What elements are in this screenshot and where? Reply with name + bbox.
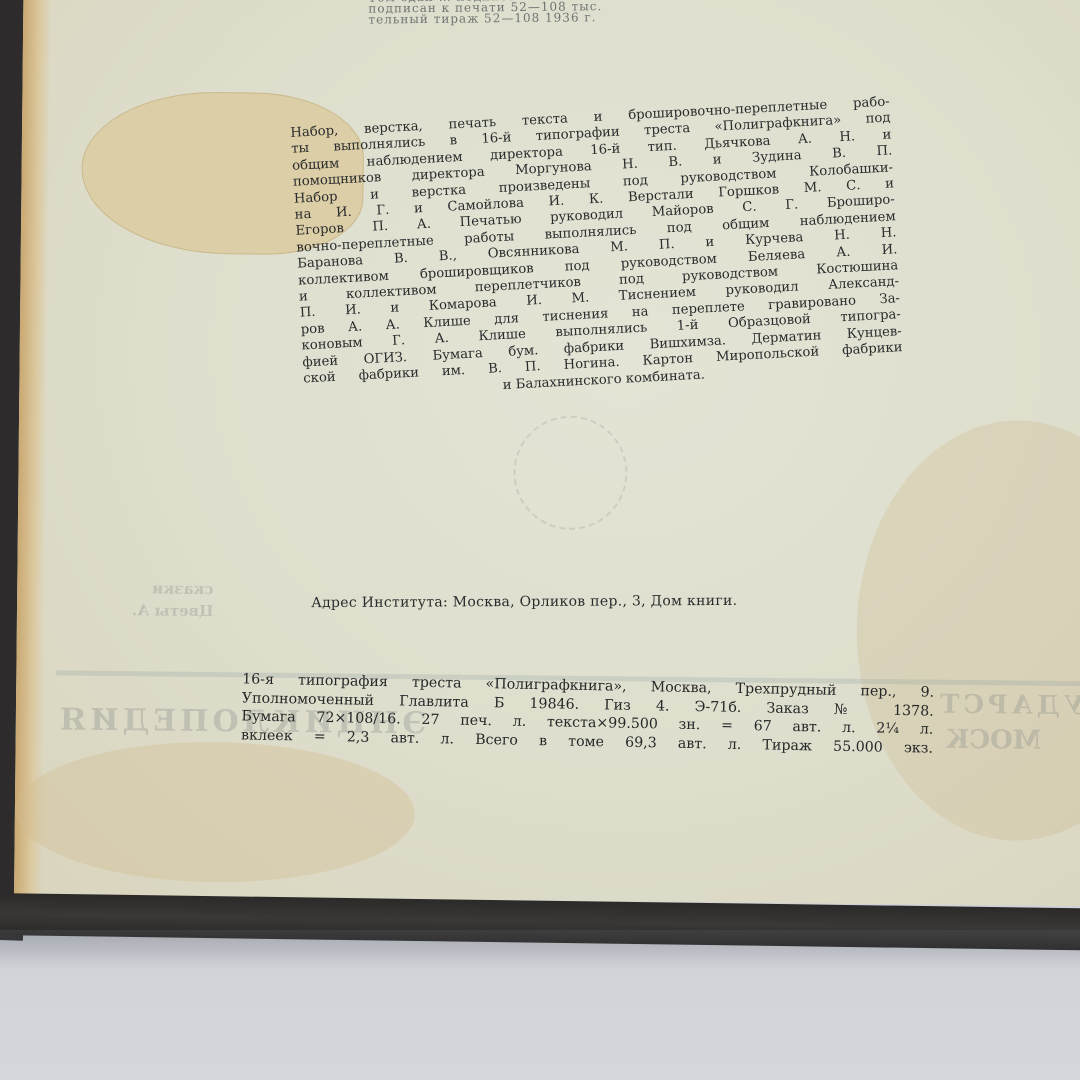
cover-shadow bbox=[0, 930, 1080, 970]
bleedthrough-text: УДАРСТ bbox=[936, 690, 1080, 722]
institute-address: Адрес Института: Москва, Орликов пер., 3… bbox=[311, 593, 737, 611]
emblem-bleedthrough bbox=[513, 415, 628, 530]
production-credits: Набор, верстка, печать текста и броширов… bbox=[290, 94, 904, 404]
top-fragment: Том сдан … подписан к печати … Тыс. подп… bbox=[368, 0, 649, 26]
water-stain-right bbox=[855, 419, 1080, 842]
bleedthrough-text: Цветы А. bbox=[132, 601, 214, 620]
print-imprint: 16-я типография треста «Полиграфкнига», … bbox=[241, 670, 934, 757]
water-stain-bottom bbox=[14, 740, 415, 884]
bleedthrough-text: МОСК bbox=[946, 725, 1042, 756]
book-page: сказки Цветы А. ЭНЦИКЛОПЕДИЯ УДАРСТ МОСК… bbox=[14, 0, 1080, 907]
bleedthrough-text: сказки bbox=[152, 579, 213, 598]
text-line: тельный тираж 52—108 1936 г. bbox=[368, 12, 649, 26]
